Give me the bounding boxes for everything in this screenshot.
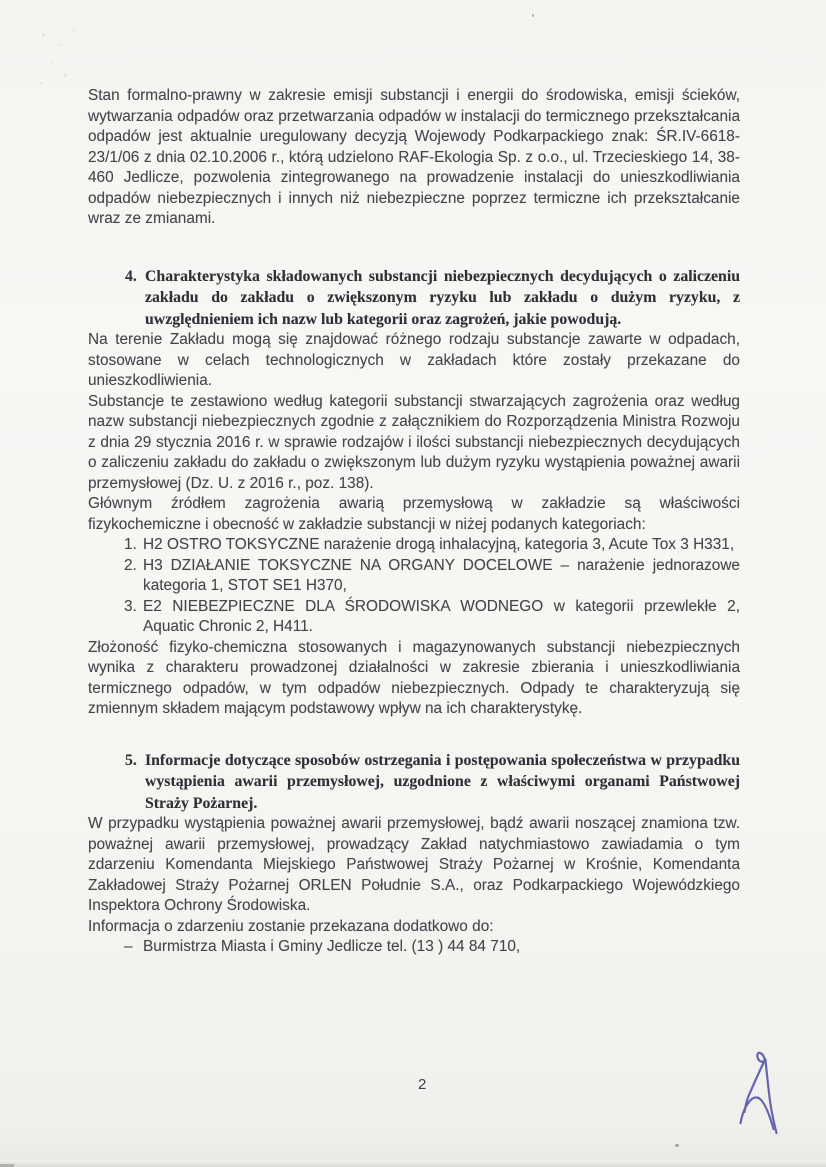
hazard-category-list: 1. H2 OSTRO TOKSYCZNE narażenie drogą in… (88, 535, 740, 638)
section-5-paragraph-2: Informacja o zdarzeniu zostanie przekaza… (88, 917, 740, 938)
section-5-heading: 5. Informacje dotyczące sposobów ostrzeg… (88, 750, 740, 815)
smudge-speck (73, 30, 75, 32)
section-4-paragraph-2: Substancje te zestawiono według kategori… (88, 392, 740, 495)
section-4-number: 4. (125, 266, 145, 331)
list-item: 1. H2 OSTRO TOKSYCZNE narażenie drogą in… (88, 535, 740, 556)
scan-speck (532, 14, 534, 17)
list-item-text: H3 DZIAŁANIE TOKSYCZNE NA ORGANY DOCELOW… (143, 556, 740, 597)
section-4-paragraph-4: Złożoność fizyko-chemiczna stosowanych i… (88, 638, 740, 720)
document-content: Stan formalno-prawny w zakresie emisji s… (88, 86, 740, 958)
section-4-paragraph-3: Głównym źródłem zagrożenia awarią przemy… (88, 494, 740, 535)
smudge-speck (40, 82, 42, 84)
section-4-title: Charakterystyka składowanych substancji … (145, 266, 740, 331)
smudge-speck (50, 62, 52, 64)
handwritten-signature-mark (736, 1030, 806, 1145)
list-item-number: 3. (124, 597, 143, 638)
scanned-document-page: Stan formalno-prawny w zakresie emisji s… (0, 0, 826, 1167)
scan-speck (675, 1144, 679, 1147)
section-5-title: Informacje dotyczące sposobów ostrzegani… (145, 750, 740, 815)
list-item-text: H2 OSTRO TOKSYCZNE narażenie drogą inhal… (143, 535, 740, 556)
scan-bottom-edge (0, 1160, 826, 1167)
smudge-speck (58, 44, 60, 46)
page-number: 2 (418, 1076, 426, 1093)
list-item-dash: – (124, 937, 143, 958)
section-5-number: 5. (125, 750, 145, 815)
section-5-paragraph-1: W przypadku wystąpienia poważnej awarii … (88, 814, 740, 917)
list-item: 3. E2 NIEBEZPIECZNE DLA ŚRODOWISKA WODNE… (88, 597, 740, 638)
smudge-speck (64, 74, 67, 77)
list-item-text: E2 NIEBEZPIECZNE DLA ŚRODOWISKA WODNEGO … (143, 597, 740, 638)
list-item-number: 2. (124, 556, 143, 597)
intro-paragraph: Stan formalno-prawny w zakresie emisji s… (88, 86, 740, 230)
list-item: – Burmistrza Miasta i Gminy Jedlicze tel… (88, 937, 740, 958)
list-item: 2. H3 DZIAŁANIE TOKSYCZNE NA ORGANY DOCE… (88, 556, 740, 597)
section-4-paragraph-1: Na terenie Zakładu mogą się znajdować ró… (88, 330, 740, 392)
section-4-heading: 4. Charakterystyka składowanych substanc… (88, 266, 740, 331)
list-item-text: Burmistrza Miasta i Gminy Jedlicze tel. … (143, 937, 740, 958)
smudge-speck (42, 33, 45, 36)
list-item-number: 1. (124, 535, 143, 556)
notification-recipient-list: – Burmistrza Miasta i Gminy Jedlicze tel… (88, 937, 740, 958)
